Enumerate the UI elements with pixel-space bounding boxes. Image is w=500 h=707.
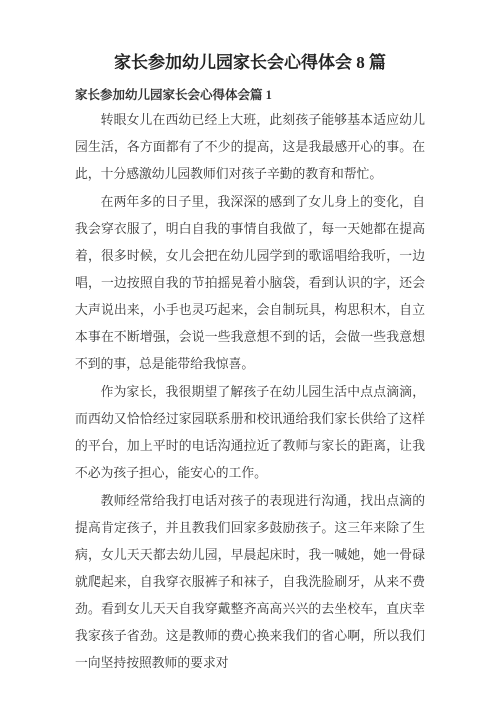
paragraph-3: 作为家长，我很期望了解孩子在幼儿园生活中点点滴滴，而西幼又恰恰经过家园联系册和校… [75, 379, 425, 487]
paragraph-2: 在两年多的日子里，我深深的感到了女儿身上的变化，自我会穿衣服了，明白自我的事情自… [75, 189, 425, 378]
paragraph-1: 转眼女儿在西幼已经上大班，此刻孩子能够基本适应幼儿园生活，各方面都有了不少的提高… [75, 107, 425, 188]
paragraph-4: 教师经常给我打电话对孩子的表现进行沟通，找出点滴的提高肯定孩子，并且教我们回家多… [75, 488, 425, 677]
document-body: 家长参加幼儿园家长会心得体会 8 篇 家长参加幼儿园家长会心得体会篇 1 转眼女… [0, 0, 500, 677]
section-heading: 家长参加幼儿园家长会心得体会篇 1 [75, 85, 425, 105]
document-title: 家长参加幼儿园家长会心得体会 8 篇 [75, 50, 425, 75]
document-page: 家长参加幼儿园家长会心得体会 8 篇 家长参加幼儿园家长会心得体会篇 1 转眼女… [0, 0, 500, 707]
